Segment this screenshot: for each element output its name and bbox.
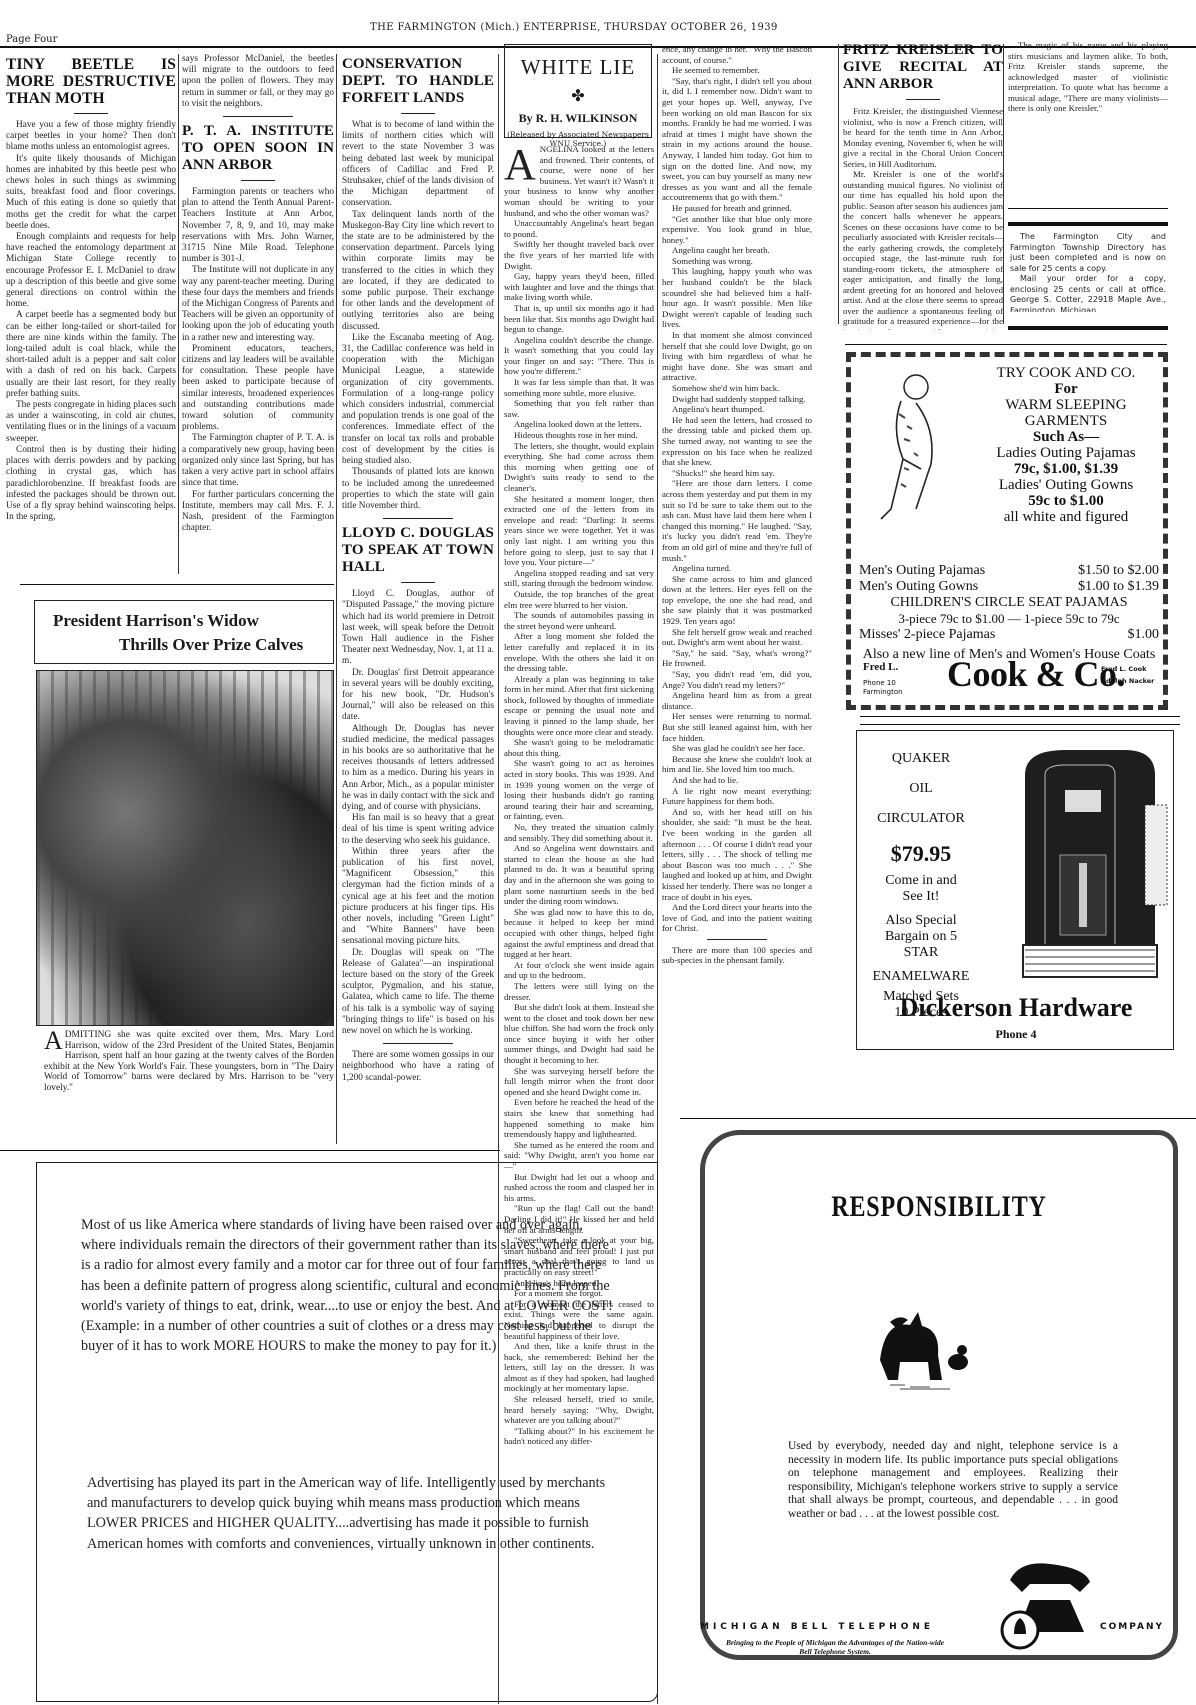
paragraph: This laughing, happy youth who was her h… — [662, 266, 812, 330]
ad-line: Such As— — [971, 429, 1161, 445]
headline-kreisler: FRITZ KREISLER TO GIVE RECITAL AT ANN AR… — [843, 42, 1003, 93]
caption-text: DMITTING she was quite excited over them… — [44, 1030, 334, 1093]
divider — [241, 180, 275, 181]
paragraph: Mr. Kreisler is one of the world's outst… — [843, 169, 1003, 330]
item-price: $1.50 to $2.00 — [1078, 563, 1159, 579]
section-rule — [0, 1150, 500, 1151]
paragraph: Hideous thoughts rose in her mind. — [504, 430, 654, 441]
paragraph: "Get another like that blue only more ex… — [662, 214, 812, 246]
paragraph: Mail your order for a copy, enclosing 25… — [1010, 274, 1166, 312]
section-rule — [20, 584, 334, 585]
rule — [1008, 222, 1168, 226]
paragraph: Angelina couldn't describe the change. I… — [504, 335, 654, 377]
paragraph: She felt herself grow weak and reached o… — [662, 627, 812, 648]
white-lie-title-box: WHITE LIE ✤ By R. H. WILKINSON (Released… — [504, 44, 652, 138]
paragraph: A lie right now meant everything: Future… — [662, 786, 812, 807]
paragraph: The Farmington chapter of P. T. A. is a … — [182, 433, 334, 489]
paragraph: Angelina caught her breath. — [662, 245, 812, 256]
paragraph: And she had to lie. — [662, 775, 812, 786]
paragraph: The pests congregate in hiding places su… — [6, 400, 176, 445]
page-label: Page Four — [6, 34, 57, 45]
paragraph: After a long moment she folded the lette… — [504, 631, 654, 673]
paragraph: But she didn't look at them. Instead she… — [504, 1002, 654, 1066]
paragraph: The sounds of automobiles passing in the… — [504, 610, 654, 631]
paragraph: The letters, she thought, would explain … — [504, 441, 654, 494]
paragraph: Already a plan was beginning to take for… — [504, 674, 654, 738]
paragraph: She was surveying herself before the ful… — [504, 1066, 654, 1098]
ad-item-row: Men's Outing Pajamas$1.50 to $2.00 — [859, 563, 1159, 579]
paragraph: He had seen the letters, had crossed to … — [662, 415, 812, 468]
paragraph: And so Angelina went downstairs and star… — [504, 843, 654, 907]
paragraph: Angelina looked down at the letters. — [504, 419, 654, 430]
brand-logo: Cook & Co. — [947, 653, 1125, 695]
white-lie-col2: ence, any change in her. "Why the Bascon… — [662, 44, 812, 1084]
column-divider — [1003, 44, 1004, 324]
rule — [860, 716, 1180, 717]
paragraph: She was glad now to have this to do, bec… — [504, 907, 654, 960]
ad-price: $79.95 — [861, 841, 981, 867]
article-conservation: CONSERVATION DEPT. TO HANDLE FORFEIT LAN… — [342, 54, 494, 1144]
paragraph: She wasn't going to act as heroines acte… — [504, 758, 654, 822]
caption-dropcap: A — [44, 1030, 63, 1052]
paragraph: He paused for breath and grinned. — [662, 203, 812, 214]
owner-name: Adolph Nacker — [1101, 675, 1154, 687]
paragraph: At four o'clock she went inside again an… — [504, 960, 654, 981]
paragraph: "Say, you didn't read 'em, did you, Ange… — [662, 669, 812, 690]
directory-notice: The Farmington City and Farmington Towns… — [1010, 232, 1166, 312]
paragraph: The magic of his name and his playing st… — [1008, 40, 1168, 114]
paragraph: Enough complaints and requests for help … — [6, 232, 176, 310]
paragraph: Unaccountably Angelina's heart began to … — [504, 218, 654, 239]
paragraph: Because she knew she couldn't look at hi… — [662, 754, 812, 775]
rule — [1008, 208, 1168, 209]
paragraph: For further particulars concerning the I… — [182, 490, 334, 535]
paragraph: Her senses were returning to normal. But… — [662, 711, 812, 743]
divider — [401, 113, 435, 114]
ad-line: OIL — [861, 781, 981, 797]
headline-douglas: LLOYD C. DOUGLAS TO SPEAK AT TOWN HALL — [342, 525, 494, 576]
ad-line: Ladies' Outing Gowns — [971, 477, 1161, 493]
owner-name: Fred L. — [863, 661, 898, 673]
harrison-headline-box: President Harrison's Widow Thrills Over … — [34, 600, 334, 664]
headline-conservation: CONSERVATION DEPT. TO HANDLE FORFEIT LAN… — [342, 56, 494, 107]
divider — [223, 116, 293, 117]
article-beetle: TINY BEETLE IS MORE DESTRUCTIVE THAN MOT… — [6, 54, 176, 594]
ad-line: QUAKER — [861, 751, 981, 767]
paragraph: Lloyd C. Douglas, author of "Disputed Pa… — [342, 589, 494, 667]
paragraph: Angelina turned. — [662, 563, 812, 574]
paragraph: Somehow she'd win him back. — [662, 383, 812, 394]
paragraph: Angelina's heart thumped. — [662, 404, 812, 415]
paragraph: Control then is by dusting their hiding … — [6, 445, 176, 523]
paragraph: What is to become of land within the lim… — [342, 120, 494, 210]
ad-line: ENAMELWARE — [861, 969, 981, 985]
paragraph: Even before he reached the head of the s… — [504, 1097, 654, 1139]
ornament-icon: ✤ — [505, 86, 651, 105]
divider — [906, 99, 940, 100]
town: Farmington — [863, 688, 903, 697]
ad-price: 59c to $1.00 — [971, 493, 1161, 509]
paragraph: The letters were still lying on the dres… — [504, 981, 654, 1002]
divider — [383, 518, 453, 519]
paragraph: Something was wrong. — [662, 256, 812, 267]
item-name: Misses' 2-piece Pajamas — [859, 627, 995, 643]
paragraph: "Say, that's right, I didn't tell you ab… — [662, 76, 812, 203]
article-kreisler: FRITZ KREISLER TO GIVE RECITAL AT ANN AR… — [843, 40, 1003, 330]
item-price: $1.00 to $1.39 — [1078, 579, 1159, 595]
dickerson-ad: QUAKER OIL CIRCULATOR $79.95 Come in and… — [856, 730, 1174, 1050]
harrison-photo — [36, 670, 334, 1026]
item-price: $1.00 — [1128, 627, 1160, 643]
harrison-headline-1: President Harrison's Widow — [35, 601, 333, 631]
column-divider — [178, 54, 179, 574]
store-name: Dickerson Hardware — [857, 993, 1175, 1023]
paragraph: No, they treated the situation calmly an… — [504, 822, 654, 843]
paragraph: Dwight had suddenly stopped talking. — [662, 394, 812, 405]
pajama-figure-icon — [861, 369, 951, 529]
rule — [845, 344, 1167, 345]
ad-line: For — [971, 381, 1161, 397]
headline-beetle: TINY BEETLE IS MORE DESTRUCTIVE THAN MOT… — [6, 56, 176, 107]
paragraph: His fan mail is so heavy that a great de… — [342, 813, 494, 847]
paragraph: Outside, the top branches of the great e… — [504, 589, 654, 610]
paragraph: "Here are those darn letters. I come acr… — [662, 478, 812, 563]
paragraph: Have you a few of those mighty friendly … — [6, 120, 176, 154]
dropcap: A — [504, 146, 536, 184]
paragraph: ence, any change in her. "Why the Bascon… — [662, 44, 812, 65]
beetle-continuation: says Professor McDaniel, the beetles wil… — [182, 54, 334, 110]
masthead: Page Four THE FARMINGTON (Mich.) ENTERPR… — [0, 0, 1196, 44]
paragraph: Angelina heard him as from a great dista… — [662, 690, 812, 711]
paragraph: "Say," he said. "Say, what's wrong?" He … — [662, 648, 812, 669]
divider — [74, 113, 108, 114]
paragraph: The Farmington City and Farmington Towns… — [1010, 232, 1166, 274]
phone: Phone 4 — [857, 1027, 1175, 1042]
paragraph: And so, with her head still on his shoul… — [662, 807, 812, 902]
column-divider — [838, 44, 839, 324]
paragraph: Prominent educators, teachers, citizens … — [182, 344, 334, 434]
paragraph: Angelina stopped reading and sat very st… — [504, 568, 654, 589]
paragraph: Like the Escanaba meeting of Aug. 31, th… — [342, 333, 494, 467]
story-title: WHITE LIE — [505, 55, 651, 80]
bell-tagline: Bringing to the People of Michigan the A… — [720, 1638, 950, 1656]
advertising-para-1: Most of us like America where standards … — [81, 1215, 621, 1356]
paragraph: The Institute will not duplicate in any … — [182, 265, 334, 343]
paragraph: And the Lord direct your hearts into the… — [662, 902, 812, 934]
item-name: Men's Outing Gowns — [859, 579, 978, 595]
paragraph: It was far less simple than that. It was… — [504, 377, 654, 398]
paragraph: Something that you felt rather than saw. — [504, 398, 654, 419]
rule — [680, 1118, 1196, 1119]
ad-line: CIRCULATOR — [861, 811, 981, 827]
paragraph: Tax delinquent lands north of the Muskeg… — [342, 210, 494, 333]
item-name: Men's Outing Pajamas — [859, 563, 985, 579]
article-pta: says Professor McDaniel, the beetles wil… — [182, 54, 334, 594]
owner-name: Fred L. Cook — [1101, 663, 1154, 675]
byline: By R. H. WILKINSON — [505, 111, 651, 126]
paragraph: She came across to him and glanced down … — [662, 574, 812, 627]
paragraph: Within three years after the publication… — [342, 847, 494, 948]
paragraph: Although Dr. Douglas has never studied m… — [342, 724, 494, 814]
ad-item-row: Men's Outing Gowns$1.00 to $1.39 — [859, 579, 1159, 595]
telephone-icon — [1000, 1560, 1100, 1650]
newspaper-title: THE FARMINGTON (Mich.) ENTERPRISE, THURS… — [370, 22, 778, 33]
paragraph: That is, up until six months ago it had … — [504, 303, 654, 335]
advertising-para-2: Advertising has played its part in the A… — [87, 1473, 627, 1554]
advertising-editorial-box: Most of us like America where standards … — [36, 1162, 658, 1702]
harrison-headline-2: Thrills Over Prize Calves — [35, 631, 333, 655]
cook-ad: TRY COOK AND CO. For WARM SLEEPING GARME… — [846, 352, 1168, 710]
bell-body: Used by everybody, needed day and night,… — [788, 1440, 1118, 1521]
paragraph: Farmington parents or teachers who plan … — [182, 187, 334, 265]
paragraph: In that moment she almost convinced hers… — [662, 330, 812, 383]
ad-line: Also Special Bargain on 5 STAR — [881, 913, 961, 961]
paragraph: "Shucks!" she heard him say. — [662, 468, 812, 479]
ad-line: GARMENTS — [971, 413, 1161, 429]
paragraph: Dr. Douglas' first Detroit appearance in… — [342, 668, 494, 724]
paragraph: Fritz Kreisler, the distinguished Vienne… — [843, 106, 1003, 169]
ad-item-row: Misses' 2-piece Pajamas$1.00 — [859, 627, 1159, 643]
phone: Phone 10 — [863, 679, 903, 688]
bell-company-right: COMPANY — [1100, 1622, 1164, 1632]
divider — [401, 582, 435, 583]
paragraph: Dr. Douglas will speak on "The Release o… — [342, 948, 494, 1038]
column-divider — [336, 54, 337, 1144]
rule — [860, 724, 1180, 725]
paragraph: A carpet beetle has a segmented body but… — [6, 310, 176, 400]
paragraph: Gay, happy years they'd been, filled wit… — [504, 271, 654, 303]
ad-line: all white and figured — [971, 509, 1161, 525]
divider — [383, 1043, 453, 1044]
bell-company-left: MICHIGAN BELL TELEPHONE — [700, 1622, 934, 1632]
ad-price: 3-piece 79c to $1.00 — 1-piece 59c to 79… — [859, 611, 1159, 627]
paragraph: He seemed to remember. — [662, 65, 812, 76]
ad-line: Come in and See It! — [881, 873, 961, 905]
rule — [1008, 326, 1168, 330]
ad-line: WARM SLEEPING — [971, 397, 1161, 413]
paragraph: Thousands of platted lots are known to b… — [342, 467, 494, 512]
filler-item: There are some women gossips in our neig… — [342, 1050, 494, 1084]
paragraph: She was glad he couldn't see her face. — [662, 743, 812, 754]
divider — [707, 939, 767, 940]
filler-item: There are more than 100 species and sub-… — [662, 945, 812, 966]
ad-line: Ladies Outing Pajamas — [971, 445, 1161, 461]
paragraph: She hesitated a moment longer, then extr… — [504, 494, 654, 568]
ad-line: CHILDREN'S CIRCLE SEAT PAJAMAS — [859, 595, 1159, 611]
paragraph: Swiftly her thought traveled back over t… — [504, 239, 654, 271]
kittens-icon — [870, 1290, 980, 1390]
ad-line: TRY COOK AND CO. — [971, 365, 1161, 381]
paragraph: It's quite likely thousands of Michigan … — [6, 154, 176, 232]
oil-heater-icon — [1005, 745, 1175, 985]
paragraph: She wasn't going to be melodramatic abou… — [504, 737, 654, 758]
article-kreisler-cont: The magic of his name and his playing st… — [1008, 40, 1168, 170]
ad-price: 79c, $1.00, $1.39 — [971, 461, 1161, 477]
headline-pta: P. T. A. INSTITUTE TO OPEN SOON IN ANN A… — [182, 123, 334, 174]
harrison-caption: A DMITTING she was quite excited over th… — [44, 1030, 334, 1094]
bell-headline: RESPONSIBILITY — [748, 1190, 1130, 1224]
